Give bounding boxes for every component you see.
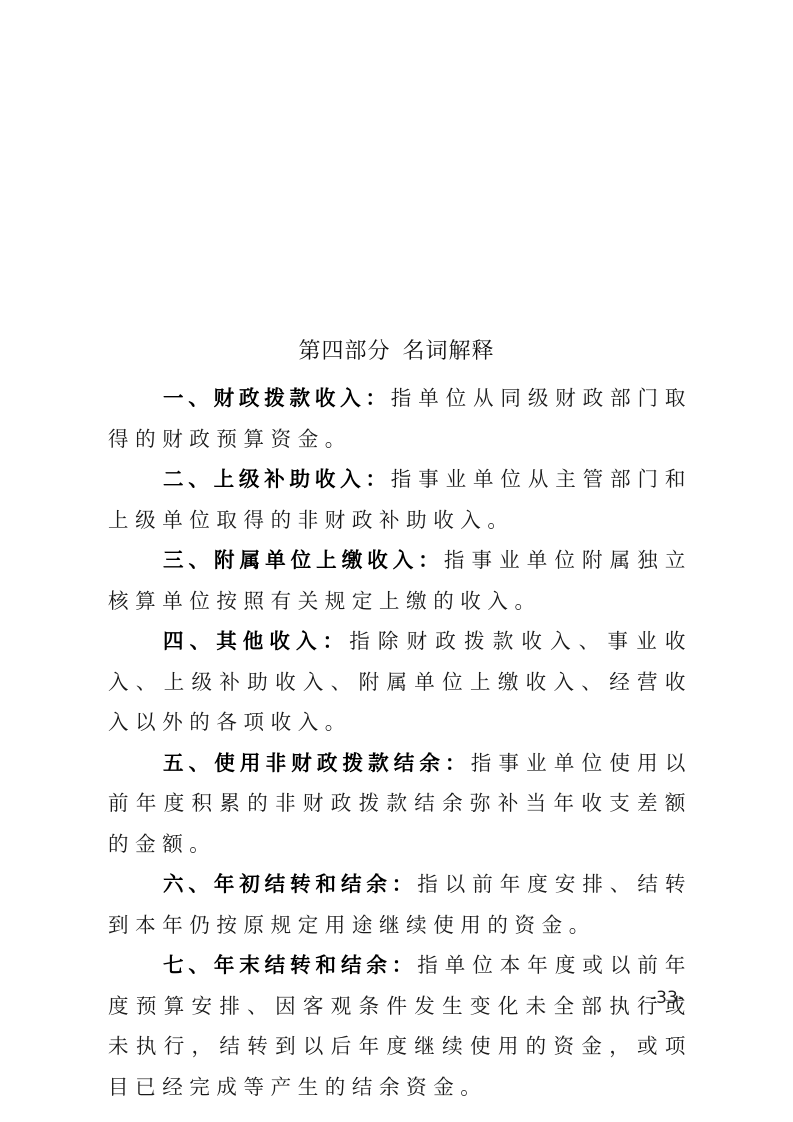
definition-term: 二、上级补助收入：	[163, 467, 391, 491]
page-number: -33-	[650, 988, 684, 1008]
definition-term: 四、其他收入：	[163, 629, 349, 653]
definition-item: 六、年初结转和结余：指以前年度安排、结转到本年仍按原规定用途继续使用的资金。	[108, 864, 692, 945]
definition-item: 一、财政拨款收入：指单位从同级财政部门取得的财政预算资金。	[108, 378, 692, 459]
definition-item: 四、其他收入：指除财政拨款收入、事业收入、上级补助收入、附属单位上缴收入、经营收…	[108, 621, 692, 743]
definition-term: 五、使用非财政拨款结余：	[163, 751, 471, 775]
section-title: 第四部分名词解释	[0, 337, 793, 367]
definition-term: 三、附属单位上缴收入：	[163, 548, 444, 572]
section-title-name: 名词解释	[403, 339, 495, 364]
definition-item: 七、年末结转和结余：指单位本年度或以前年度预算安排、因客观条件发生变化未全部执行…	[108, 945, 692, 1107]
definition-item: 五、使用非财政拨款结余：指事业单位使用以前年度积累的非财政拨款结余弥补当年收支差…	[108, 743, 692, 865]
definition-term: 一、财政拨款收入：	[163, 386, 391, 410]
definitions-list: 一、财政拨款收入：指单位从同级财政部门取得的财政预算资金。 二、上级补助收入：指…	[108, 378, 692, 1107]
definition-term: 六、年初结转和结余：	[163, 872, 417, 896]
section-title-part: 第四部分	[298, 339, 390, 364]
definition-term: 七、年末结转和结余：	[163, 953, 417, 977]
definition-item: 三、附属单位上缴收入：指事业单位附属独立核算单位按照有关规定上缴的收入。	[108, 540, 692, 621]
definition-item: 二、上级补助收入：指事业单位从主管部门和上级单位取得的非财政补助收入。	[108, 459, 692, 540]
